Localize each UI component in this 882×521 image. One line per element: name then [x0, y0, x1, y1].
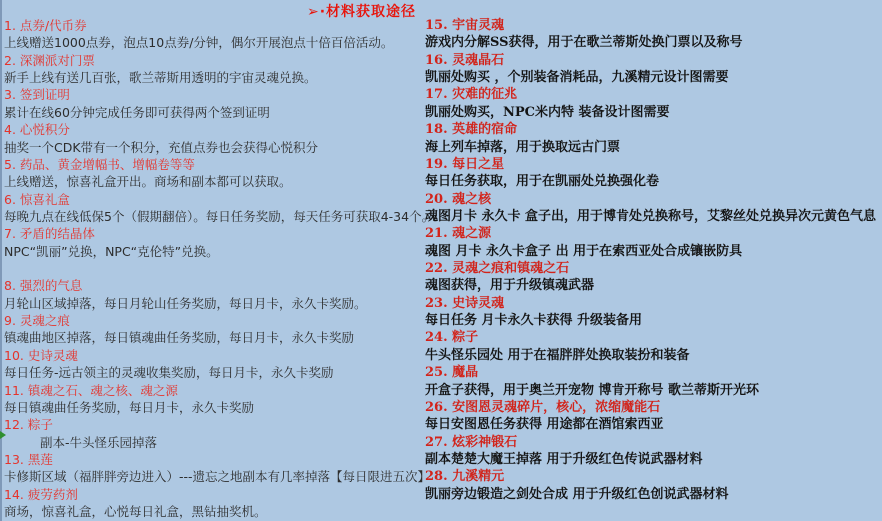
item-header: 20. 魂之核 — [425, 191, 880, 208]
item-header: 26. 安图恩灵魂碎片，核心，浓缩魔能石 — [425, 399, 880, 416]
item-header: 9. 灵魂之痕 — [4, 312, 425, 329]
item-desc: 月轮山区域掉落，每日月轮山任务奖励，每日月卡，永久卡奖励。 — [4, 295, 425, 312]
item-header: 27. 炫彩神锻石 — [425, 434, 880, 451]
item-desc: 凯丽处购买，NPC米内特 装备设计图需要 — [425, 104, 880, 121]
right-column: 15. 宇宙灵魂游戏内分解SS获得，用于在歌兰蒂斯处换门票以及称号16. 灵魂晶… — [425, 17, 880, 503]
item-desc: 魂图月卡 永久卡 盒子出，用于博肯处兑换称号，艾黎丝处兑换异次元黄色气息 — [425, 208, 880, 225]
item-desc: NPC“凯丽”兑换，NPC“克伦特”兑换。 — [4, 243, 425, 260]
item-desc: 魂图获得，用于升级镇魂武器 — [425, 277, 880, 294]
item-desc: 每晚九点在线低保5个（假期翻倍）。每日任务奖励，每天任务可获取4-34个。 — [4, 208, 425, 225]
item-header: 3. 签到证明 — [4, 86, 425, 103]
item-desc: 每日安图恩任务获得 用途都在酒馆索西亚 — [425, 416, 880, 433]
item-desc: 副本-牛头怪乐园掉落 — [4, 434, 425, 451]
item-header: 11. 镇魂之石、魂之核、魂之源 — [4, 382, 425, 399]
item-desc: 上线赠送1000点券，泡点10点券/分钟，偶尔开展泡点十倍百倍活动。 — [4, 34, 425, 51]
item-desc: 凯丽旁边锻造之剑处合成 用于升级红色创说武器材料 — [425, 486, 880, 503]
item-header: 16. 灵魂晶石 — [425, 52, 880, 69]
green-triangle-marker — [0, 431, 6, 439]
item-desc: 游戏内分解SS获得，用于在歌兰蒂斯处换门票以及称号 — [425, 34, 880, 51]
item-header: 4. 心悦积分 — [4, 121, 425, 138]
item-header: 24. 粽子 — [425, 329, 880, 346]
item-desc: 魂图 月卡 永久卡盒子 出 用于在索西亚处合成镶嵌防具 — [425, 243, 880, 260]
item-header: 18. 英雄的宿命 — [425, 121, 880, 138]
blank-row — [4, 260, 425, 277]
item-desc: 开盒子获得，用于奥兰开宠物 博肯开称号 歌兰蒂斯开光环 — [425, 382, 880, 399]
item-desc: 海上列车掉落，用于换取远古门票 — [425, 139, 880, 156]
item-header: 23. 史诗灵魂 — [425, 295, 880, 312]
item-header: 25. 魔晶 — [425, 364, 880, 381]
sheet-canvas: ➢·材料获取途径 1. 点券/代币券上线赠送1000点券，泡点10点券/分钟，偶… — [0, 0, 882, 521]
item-header: 22. 灵魂之痕和镇魂之石 — [425, 260, 880, 277]
item-header: 10. 史诗灵魂 — [4, 347, 425, 364]
item-header: 28. 九溪精元 — [425, 468, 880, 485]
item-desc: 镇魂曲地区掉落，每日镇魂曲任务奖励，每日月卡，永久卡奖励 — [4, 329, 425, 346]
item-desc: 抽奖一个CDK带有一个积分，充值点券也会获得心悦积分 — [4, 139, 425, 156]
item-header: 5. 药品、黄金增幅书、增幅卷等等 — [4, 156, 425, 173]
item-desc: 累计在线60分钟完成任务即可获得两个签到证明 — [4, 104, 425, 121]
item-header: 14. 疲劳药剂 — [4, 486, 425, 503]
item-desc: 凯丽处购买 ，个别装备消耗品，九溪精元设计图需要 — [425, 69, 880, 86]
item-desc: 每日任务-远古领主的灵魂收集奖励，每日月卡，永久卡奖励 — [4, 364, 425, 381]
item-header: 2. 深渊派对门票 — [4, 52, 425, 69]
item-header: 7. 矛盾的结晶体 — [4, 225, 425, 242]
item-header: 17. 灾难的征兆 — [425, 86, 880, 103]
item-desc: 商场，惊喜礼盒，心悦每日礼盒，黑钻抽奖机。 — [4, 503, 425, 520]
item-header: 8. 强烈的气息 — [4, 277, 425, 294]
item-desc: 副本楚楚大魔王掉落 用于升级红色传说武器材料 — [425, 451, 880, 468]
item-header: 1. 点券/代币券 — [4, 17, 425, 34]
item-desc: 新手上线有送几百张，歌兰蒂斯用透明的宇宙灵魂兑换。 — [4, 69, 425, 86]
item-header: 15. 宇宙灵魂 — [425, 17, 880, 34]
item-desc: 每日任务获取，用于在凯丽处兑换强化卷 — [425, 173, 880, 190]
item-header: 19. 每日之星 — [425, 156, 880, 173]
item-desc: 每日镇魂曲任务奖励，每日月卡，永久卡奖励 — [4, 399, 425, 416]
item-header: 12. 粽子 — [4, 416, 425, 433]
item-desc: 卡修斯区域（福胖胖旁边进入）---遗忘之地副本有几率掉落【每日限进五次】 — [4, 468, 425, 485]
left-column: 1. 点券/代币券上线赠送1000点券，泡点10点券/分钟，偶尔开展泡点十倍百倍… — [4, 17, 425, 520]
item-header: 21. 魂之源 — [425, 225, 880, 242]
item-header: 13. 黑莲 — [4, 451, 425, 468]
left-edge-gridline — [0, 0, 2, 521]
item-desc: 牛头怪乐园处 用于在福胖胖处换取装扮和装备 — [425, 347, 880, 364]
item-desc: 每日任务 月卡永久卡获得 升级装备用 — [425, 312, 880, 329]
item-header: 6. 惊喜礼盒 — [4, 191, 425, 208]
item-desc: 上线赠送，惊喜礼盒开出。商场和副本都可以获取。 — [4, 173, 425, 190]
